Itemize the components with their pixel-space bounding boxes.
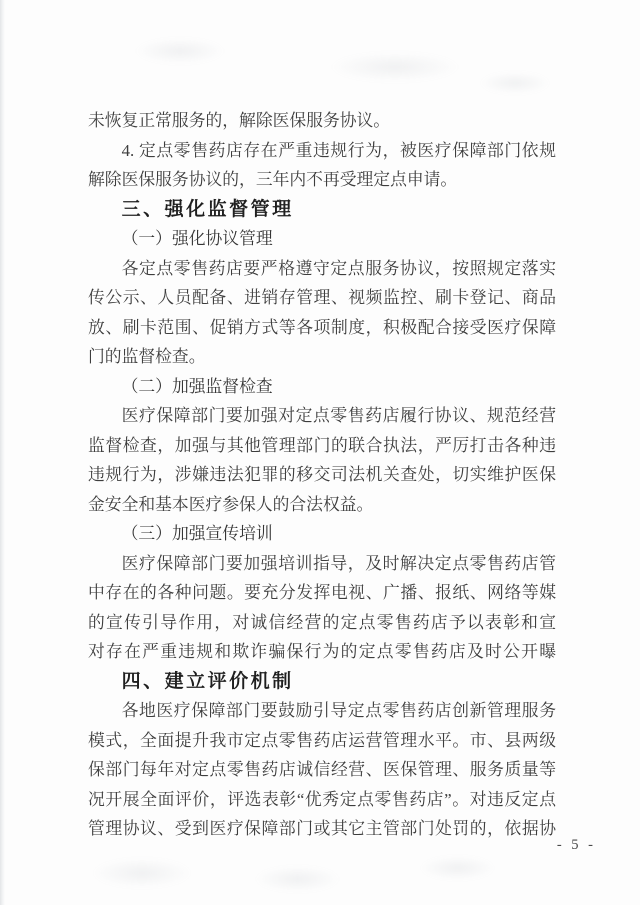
- body-text-line: 医疗保障部门要加强培训指导，及时解决定点零售药店管理: [88, 549, 556, 579]
- body-text-line: 未恢复正常服务的，解除医保服务协议。: [88, 106, 556, 136]
- body-text-line: 各地医疗保障部门要鼓励引导定点零售药店创新管理服务: [88, 696, 556, 726]
- body-text-line: 模式，全面提升我市定点零售药店运营管理水平。市、县两级医: [88, 726, 556, 756]
- body-text-line: 对存在严重违规和欺诈骗保行为的定点零售药店及时公开曝光。: [88, 637, 556, 667]
- body-text-line: 各定点零售药店要严格遵守定点服务协议，按照规定落实宣: [88, 254, 556, 284]
- subsection-heading: （一）强化协议管理: [88, 224, 556, 254]
- body-text-line: 管理协议、受到医疗保障部门或其它主管部门处罚的，依据协议: [88, 814, 556, 844]
- bleed-artifact: [420, 856, 495, 880]
- body-text-line: 传公示、人员配备、进销存管理、视频监控、刷卡登记、商品摆: [88, 283, 556, 313]
- body-text-line: 解除医保服务协议的，三年内不再受理定点申请。: [88, 165, 556, 195]
- scanned-document-page: 未恢复正常服务的，解除医保服务协议。4. 定点零售药店存在严重违规行为，被医疗保…: [0, 0, 640, 905]
- body-text-line: 金安全和基本医疗参保人的合法权益。: [88, 490, 556, 520]
- bleed-artifact: [92, 858, 192, 888]
- bleed-artifact: [135, 38, 225, 64]
- section-heading: 四、建立评价机制: [88, 667, 556, 697]
- bleed-artifact: [480, 72, 550, 94]
- body-text-line: 违规行为，涉嫌违法犯罪的移交司法机关查处，切实维护医保基: [88, 460, 556, 490]
- scan-edge-artifact: [0, 0, 5, 905]
- body-text-line: 的宣传引导作用，对诚信经营的定点零售药店予以表彰和宣传，: [88, 608, 556, 638]
- body-text-line: 4. 定点零售药店存在严重违规行为，被医疗保障部门依规定: [88, 136, 556, 166]
- subsection-heading: （二）加强监督检查: [88, 372, 556, 402]
- body-text-line: 门的监督检查。: [88, 342, 556, 372]
- page-number: - 5 -: [557, 837, 596, 854]
- body-text-line: 况开展全面评价，评选表彰“优秀定点零售药店”。对违反定点: [88, 785, 556, 815]
- bleed-artifact: [255, 866, 340, 892]
- body-text-line: 放、刷卡范围、促销方式等各项制度，积极配合接受医疗保障部: [88, 313, 556, 343]
- body-text-line: 保部门每年对定点零售药店诚信经营、医保管理、服务质量等情: [88, 755, 556, 785]
- document-body: 未恢复正常服务的，解除医保服务协议。4. 定点零售药店存在严重违规行为，被医疗保…: [88, 106, 556, 844]
- body-text-line: 医疗保障部门要加强对定点零售药店履行协议、规范经营的: [88, 401, 556, 431]
- bleed-artifact: [330, 52, 460, 82]
- body-text-line: 中存在的各种问题。要充分发挥电视、广播、报纸、网络等媒体: [88, 578, 556, 608]
- section-heading: 三、强化监督管理: [88, 195, 556, 225]
- subsection-heading: （三）加强宣传培训: [88, 519, 556, 549]
- body-text-line: 监督检查，加强与其他管理部门的联合执法，严厉打击各种违法: [88, 431, 556, 461]
